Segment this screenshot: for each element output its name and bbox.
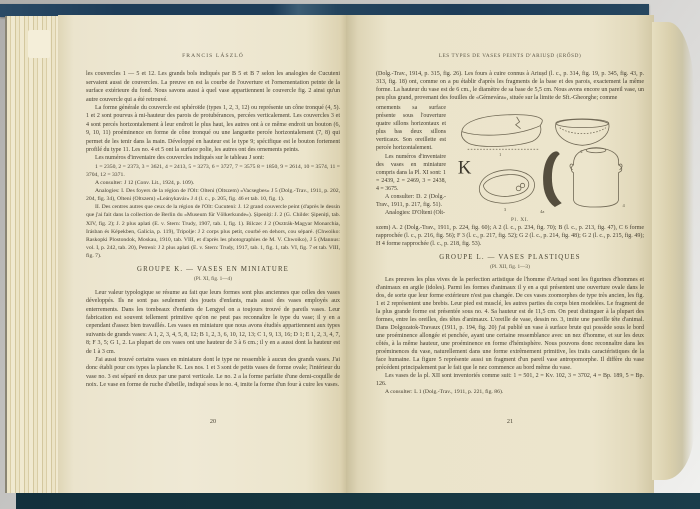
sidebar-paragraph: ornements sa surface présente sous l'ouv… (376, 104, 446, 153)
group-k-subheading: (Pl. XI, fig. 1—4) (86, 275, 340, 283)
plate-figure: 1 2 K (446, 104, 646, 224)
book-scan: FRANCIS LÁSZLÓ les couvercles 1 — 5 et 1… (0, 0, 700, 509)
plate-xi-drawings: 1 2 K (450, 104, 646, 216)
sidebar-reference-paragraph: A consulter: D. 2 (Dolg.-Trav., 1911, p.… (376, 193, 446, 209)
body-paragraph: La forme générale du couvercle est sphér… (86, 104, 340, 154)
page-number-left: 20 (86, 418, 340, 426)
page-number-right: 21 (376, 418, 644, 426)
svg-text:1: 1 (499, 152, 501, 157)
sidebar-column: ornements sa surface présente sous l'ouv… (376, 104, 446, 224)
sidebar-analogies-paragraph: Analogies: D'Olteni (Olt- (376, 209, 446, 217)
svg-text:4: 4 (622, 203, 625, 208)
body-paragraph: (Dolg.-Trav., 1914, p. 315, fig. 26). Le… (376, 70, 644, 102)
group-k-heading: GROUPE K. — VASES EN MINIATURE (86, 266, 340, 274)
running-head-author: FRANCIS LÁSZLÓ (86, 52, 340, 60)
analogies-paragraph: II. Des centres autres que ceux de la ré… (86, 203, 340, 260)
page-stack-right-edge (652, 22, 694, 480)
body-paragraph: les couvercles 1 — 5 et 12. Les grands b… (86, 70, 340, 104)
svg-text:3: 3 (504, 207, 507, 212)
body-paragraph: Leur valeur typologique se résume au fai… (86, 289, 340, 356)
figure-row: ornements sa surface présente sous l'ouv… (376, 104, 644, 224)
vase-drawing-bowl: 2 (556, 119, 609, 154)
body-paragraph: Les preuves les plus vives de la perfect… (376, 276, 644, 372)
book-cover-bottom-edge (16, 493, 700, 509)
inventory-numbers-paragraph: 1 = 2350, 2 = 2373, 3 = 3621, 4 = 2413, … (86, 163, 340, 179)
plate-letter-label: K (458, 158, 472, 179)
right-page: LES TYPES DE VASES PEINTS D'ARIUȘD (ERŐS… (376, 52, 644, 396)
running-head-title: LES TYPES DE VASES PEINTS D'ARIUȘD (ERŐS… (376, 52, 644, 60)
reference-paragraph: A consulter: L 1 (Dolg.-Trav., 1911, p. … (376, 388, 644, 396)
body-paragraph: J'ai aussi trouvé certains vases en mini… (86, 356, 340, 390)
inventory-numbers-paragraph: Les vases de la pl. XII sont inventoriés… (376, 372, 644, 388)
vase-profile-section: 4a (540, 151, 562, 213)
analogies-paragraph: Analogies: I. Des foyers de la région de… (86, 187, 340, 203)
body-paragraph: Les numéros d'inventaire des couvercles … (86, 154, 340, 162)
vase-drawing-oval-dish: 3 (479, 170, 534, 212)
body-paragraph: szem) A. 2 (Dolg.-Trav., 1911, p. 224, f… (376, 224, 644, 248)
group-l-heading: GROUPE L. — VASES PLASTIQUES (376, 254, 644, 262)
svg-text:4a: 4a (540, 209, 544, 214)
reference-paragraph: A consulter: J 12 (Conv. Lit., 1924, p. … (86, 179, 340, 187)
left-page: FRANCIS LÁSZLÓ les couvercles 1 — 5 et 1… (86, 52, 340, 390)
plate-caption: Pl. XI. (450, 216, 590, 224)
vase-drawing-pot: 4 (570, 148, 625, 208)
page-edge-notch (28, 30, 50, 58)
sidebar-paragraph: Les numéros d'inventaire des vases en mi… (376, 153, 446, 193)
group-l-subheading: (Pl. XII, fig. 1—3) (376, 263, 644, 271)
vase-drawing-trough: 1 (461, 115, 542, 157)
